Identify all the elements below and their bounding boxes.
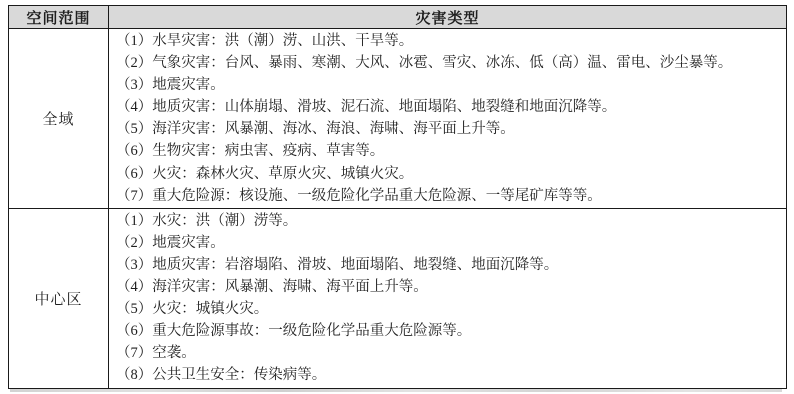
disaster-item: （5）海洋灾害：风暴潮、海冰、海浪、海啸、海平面上升等。 [116,118,782,140]
table-row-central-area: 中心区 （1）水灾：洪（潮）涝等。 （2）地震灾害。 （3）地质灾害：岩溶塌陷、… [9,208,787,388]
disaster-list-whole-area: （1）水旱灾害：洪（潮）涝、山洪、干旱等。 （2）气象灾害：台风、暴雨、寒潮、大… [109,29,787,209]
header-disaster-type: 灾害类型 [109,6,787,29]
disaster-item: （1）水灾：洪（潮）涝等。 [116,210,782,232]
scope-label-whole-area: 全域 [9,29,109,209]
document-page: 空间范围 灾害类型 全域 （1）水旱灾害：洪（潮）涝、山洪、干旱等。 （2）气象… [0,0,794,394]
header-spatial-range: 空间范围 [9,6,109,29]
disaster-item: （6）生物灾害：病虫害、疫病、草害等。 [116,140,782,162]
disaster-item: （3）地震灾害。 [116,74,782,96]
disaster-type-table: 空间范围 灾害类型 全域 （1）水旱灾害：洪（潮）涝、山洪、干旱等。 （2）气象… [8,5,787,389]
disaster-item: （6）火灾：森林火灾、草原火灾、城镇火灾。 [116,163,782,185]
disaster-list-central-area: （1）水灾：洪（潮）涝等。 （2）地震灾害。 （3）地质灾害：岩溶塌陷、滑坡、地… [109,208,787,388]
header-row: 空间范围 灾害类型 [9,6,787,29]
disaster-item: （3）地质灾害：岩溶塌陷、滑坡、地面塌陷、地裂缝、地面沉降等。 [116,254,782,276]
disaster-item: （4）海洋灾害：风暴潮、海啸、海平面上升等。 [116,276,782,298]
disaster-item: （2）地震灾害。 [116,232,782,254]
disaster-item: （4）地质灾害：山体崩塌、滑坡、泥石流、地面塌陷、地裂缝和地面沉降等。 [116,96,782,118]
disaster-item: （2）气象灾害：台风、暴雨、寒潮、大风、冰雹、雪灾、冰冻、低（高）温、雷电、沙尘… [116,52,782,74]
disaster-item: （7）重大危险源：核设施、一级危险化学品重大危险源、一等尾矿库等等。 [116,185,782,207]
scope-label-central-area: 中心区 [9,208,109,388]
disaster-item: （8）公共卫生安全：传染病等。 [116,364,782,386]
disaster-item: （5）火灾：城镇火灾。 [116,298,782,320]
disaster-item: （1）水旱灾害：洪（潮）涝、山洪、干旱等。 [116,30,782,52]
table-row-whole-area: 全域 （1）水旱灾害：洪（潮）涝、山洪、干旱等。 （2）气象灾害：台风、暴雨、寒… [9,29,787,209]
disaster-item: （6）重大危险源事故：一级危险化学品重大危险源等。 [116,320,782,342]
disaster-item: （7）空袭。 [116,342,782,364]
cropped-next-line-artifact [10,389,782,392]
